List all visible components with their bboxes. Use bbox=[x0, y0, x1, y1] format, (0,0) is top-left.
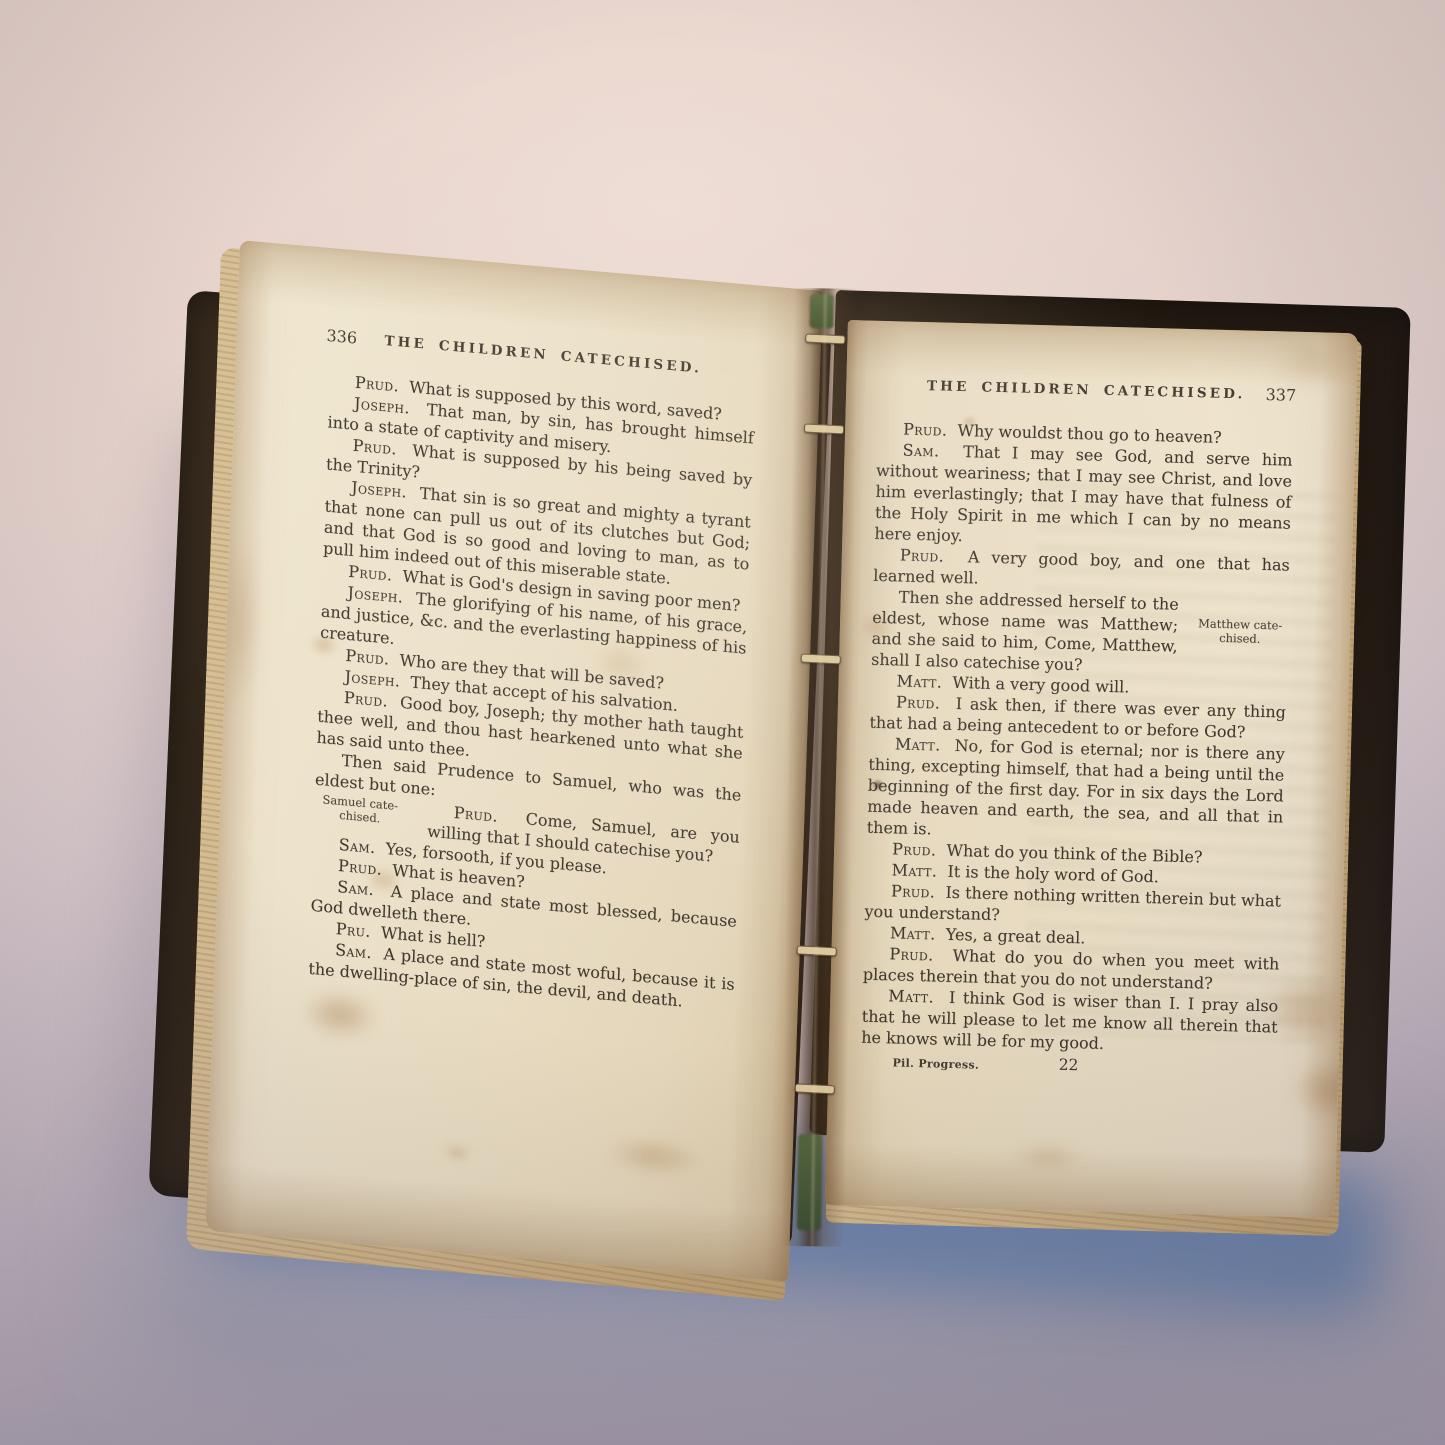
speaker-label: Sam. bbox=[338, 835, 375, 857]
speaker-label: Prud. bbox=[889, 944, 934, 964]
speaker-label: Matt. bbox=[896, 671, 942, 691]
speaker-label: Matt. bbox=[891, 860, 937, 880]
speaker-label: Prud. bbox=[355, 373, 400, 396]
speaker-label: Prud. bbox=[344, 688, 389, 711]
binding-stitch bbox=[804, 423, 844, 434]
margin-note: Samuel cate-chised. bbox=[314, 793, 407, 828]
margin-note: Matthew cate-chised. bbox=[1192, 617, 1289, 647]
binding-stitch bbox=[801, 653, 841, 664]
speaker-label: Prud. bbox=[891, 881, 936, 901]
speaker-label: Pru. bbox=[336, 919, 372, 941]
speaker-label: Joseph. bbox=[347, 583, 403, 607]
binding-stitch bbox=[797, 945, 837, 956]
speaker-label: Prud. bbox=[338, 856, 383, 879]
photo-background: THE CHILDREN CATECHISED. 337 Prud. Why w… bbox=[0, 0, 1445, 1445]
binding-gutter bbox=[781, 288, 858, 1247]
paragraph: Matt. No, for God is eternal; nor is the… bbox=[866, 733, 1285, 849]
speaker-label: Sam. bbox=[902, 440, 939, 460]
running-header: THE CHILDREN CATECHISED. 337 bbox=[878, 377, 1294, 404]
page-text: Prud. Why wouldst thou go to heaven?Sam.… bbox=[861, 418, 1293, 1059]
speaker-label: Joseph. bbox=[351, 478, 407, 502]
running-header-text: THE CHILDREN CATECHISED. bbox=[927, 378, 1246, 402]
page-number: 337 bbox=[1265, 385, 1296, 405]
binding-stitch bbox=[805, 333, 845, 344]
speaker-label: Joseph. bbox=[354, 394, 410, 418]
page-number: 336 bbox=[326, 326, 357, 348]
binding-cloth bbox=[809, 294, 833, 328]
speaker-label: Prud. bbox=[352, 436, 397, 459]
left-page: THE CHILDREN CATECHISED. 336 Prud. What … bbox=[205, 240, 822, 1282]
paragraph: Matt. I think God is wiser than I. I pra… bbox=[861, 985, 1279, 1059]
running-header-text: THE CHILDREN CATECHISED. bbox=[384, 333, 702, 377]
speaker-label: Prud. bbox=[454, 803, 499, 826]
right-page: THE CHILDREN CATECHISED. 337 Prud. Why w… bbox=[825, 320, 1358, 1218]
speaker-label: Matt. bbox=[888, 986, 934, 1006]
speaker-label: Matt. bbox=[895, 734, 941, 754]
speaker-label: Prud. bbox=[345, 646, 390, 669]
paragraph: Matthew cate-chised.Then she addressed h… bbox=[871, 586, 1289, 681]
binding-stitch bbox=[795, 1083, 835, 1094]
speaker-label: Prud. bbox=[896, 692, 941, 712]
paragraph: Sam. That I may see God, and serve him w… bbox=[874, 439, 1293, 555]
page-text: Prud. What is supposed by this word, sav… bbox=[308, 369, 755, 1016]
binding-cloth bbox=[797, 1134, 822, 1230]
speaker-label: Matt. bbox=[890, 923, 936, 943]
running-header: THE CHILDREN CATECHISED. 336 bbox=[330, 328, 756, 381]
speaker-label: Prud. bbox=[892, 839, 937, 859]
speaker-label: Prud. bbox=[900, 545, 945, 565]
speaker-label: Prud. bbox=[348, 562, 393, 585]
speaker-label: Prud. bbox=[903, 419, 948, 439]
speaker-label: Sam. bbox=[337, 877, 374, 899]
speaker-label: Sam. bbox=[335, 940, 372, 962]
